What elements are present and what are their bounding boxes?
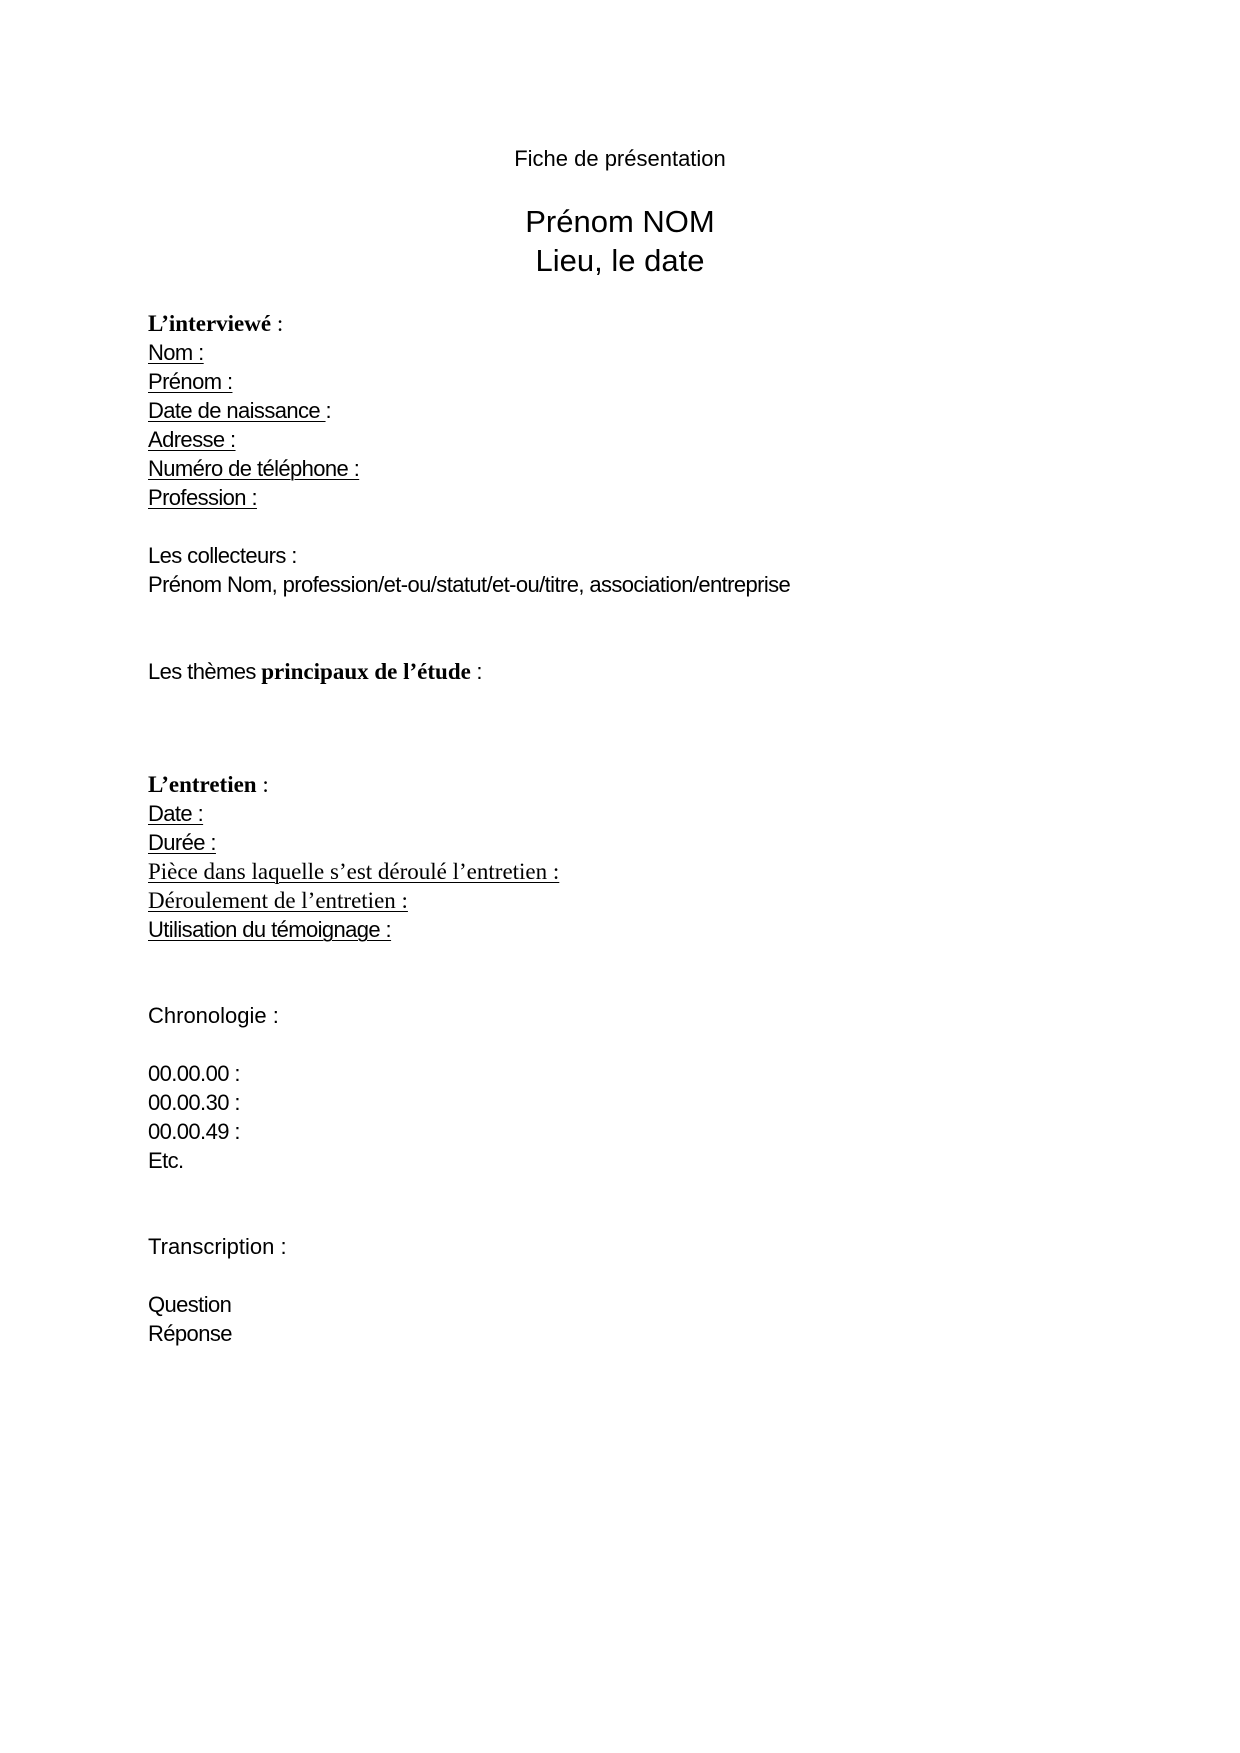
person-name: Prénom NOM (0, 204, 1240, 240)
chronology-entry: 00.00.49 : (148, 1117, 240, 1146)
transcription-line: Question (148, 1290, 231, 1319)
chronology-entry: 00.00.30 : (148, 1088, 240, 1117)
themes-heading-plain: Les thèmes (148, 659, 261, 684)
field-nom: Nom : (148, 338, 204, 367)
interview-heading-colon: : (257, 772, 269, 797)
field-utilisation: Utilisation du témoignage : (148, 915, 391, 944)
place-date: Lieu, le date (0, 243, 1240, 279)
field-deroulement: Déroulement de l’entretien : (148, 886, 408, 915)
field-prenom: Prénom : (148, 367, 232, 396)
field-duree: Durée : (148, 828, 216, 857)
field-telephone: Numéro de téléphone : (148, 454, 359, 483)
field-date: Date : (148, 799, 203, 828)
chronology-entry: 00.00.00 : (148, 1059, 240, 1088)
field-profession: Profession : (148, 483, 257, 512)
transcription-heading: Transcription : (148, 1232, 287, 1261)
interviewee-heading: L’interviewé : (148, 309, 283, 338)
interview-heading-label: L’entretien (148, 772, 257, 797)
chronology-heading: Chronologie : (148, 1001, 279, 1030)
field-adresse: Adresse : (148, 425, 236, 454)
document-title: Fiche de présentation (0, 146, 1240, 172)
collectors-value: Prénom Nom, profession/et-ou/statut/et-o… (148, 570, 790, 599)
field-date-naissance-colon: : (326, 398, 332, 423)
collectors-heading: Les collecteurs : (148, 541, 297, 570)
interviewee-heading-label: L’interviewé (148, 311, 271, 336)
themes-heading-bold: principaux de l’étude (261, 659, 471, 684)
interviewee-heading-colon: : (271, 311, 283, 336)
transcription-line: Réponse (148, 1319, 232, 1348)
field-piece: Pièce dans laquelle s’est déroulé l’entr… (148, 857, 559, 886)
themes-heading: Les thèmes principaux de l’étude : (148, 657, 482, 686)
interview-heading: L’entretien : (148, 770, 269, 799)
chronology-entry: Etc. (148, 1146, 184, 1175)
field-date-naissance-label: Date de naissance (148, 398, 326, 423)
field-date-naissance: Date de naissance : (148, 396, 331, 425)
themes-heading-colon: : (471, 659, 482, 684)
